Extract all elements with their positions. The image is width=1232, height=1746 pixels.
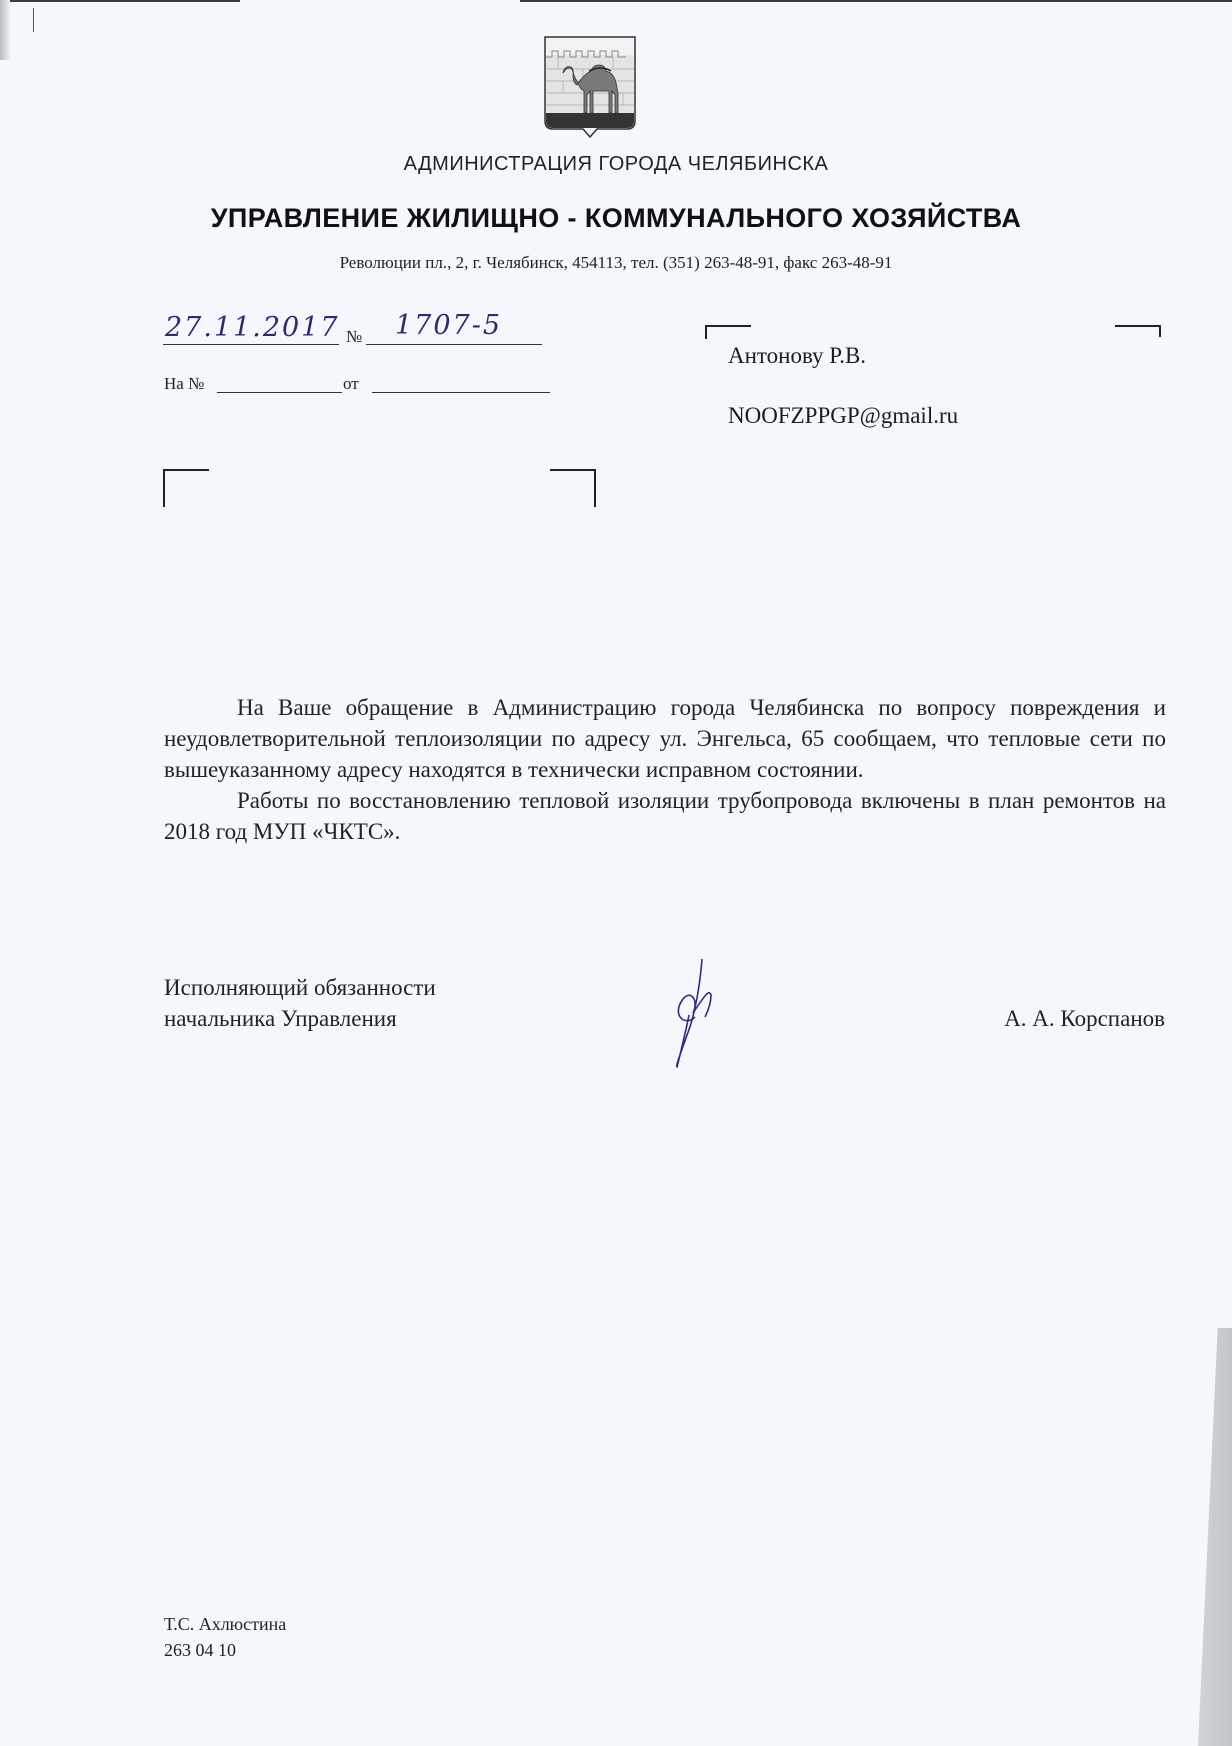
subject-bracket-right [550, 469, 596, 507]
outgoing-date: 27.11.2017 [165, 312, 340, 343]
scan-mark [33, 8, 34, 32]
body-paragraph-1: На Ваше обращение в Администрацию города… [164, 692, 1166, 785]
number-underline [366, 344, 542, 345]
administration-title: АДМИНИСТРАЦИЯ ГОРОДА ЧЕЛЯБИНСКА [0, 153, 1232, 176]
signatory-position-line1: Исполняющий обязанности [164, 972, 436, 1003]
number-label: № [346, 327, 362, 347]
scan-edge-top-left [0, 0, 240, 2]
handwritten-signature-icon [665, 955, 735, 1075]
reply-to-number-field [217, 392, 342, 393]
signatory-name: А. А. Корспанов [1004, 1003, 1165, 1034]
addressee-name: Антонову Р.В. [728, 343, 866, 369]
from-date-field [372, 392, 550, 393]
letter-page: АДМИНИСТРАЦИЯ ГОРОДА ЧЕЛЯБИНСКА УПРАВЛЕН… [0, 0, 1232, 1746]
page-fold-shadow [1198, 1328, 1232, 1746]
scan-edge-top-right [520, 0, 1232, 2]
addressee-bracket-left [705, 325, 751, 339]
department-address: Революции пл., 2, г. Челябинск, 454113, … [0, 253, 1232, 273]
addressee-email: NOOFZPPGP@gmail.ru [728, 403, 958, 429]
addressee-bracket-right [1115, 325, 1161, 337]
outgoing-number: 1707-5 [395, 310, 502, 341]
scan-shadow-left [0, 0, 10, 60]
executor-name: Т.С. Ахлюстина [164, 1611, 286, 1637]
from-label: от [343, 374, 359, 394]
letter-body: На Ваше обращение в Администрацию города… [164, 692, 1166, 847]
coat-of-arms-icon [543, 35, 637, 139]
subject-bracket-left [163, 469, 209, 507]
signatory-position-line2: начальника Управления [164, 1003, 397, 1034]
reply-to-label: На № [164, 374, 204, 394]
executor-phone: 263 04 10 [164, 1637, 236, 1663]
body-paragraph-2: Работы по восстановлению тепловой изоляц… [164, 785, 1166, 847]
department-title: УПРАВЛЕНИЕ ЖИЛИЩНО - КОММУНАЛЬНОГО ХОЗЯЙ… [0, 203, 1232, 234]
date-underline [163, 344, 339, 345]
